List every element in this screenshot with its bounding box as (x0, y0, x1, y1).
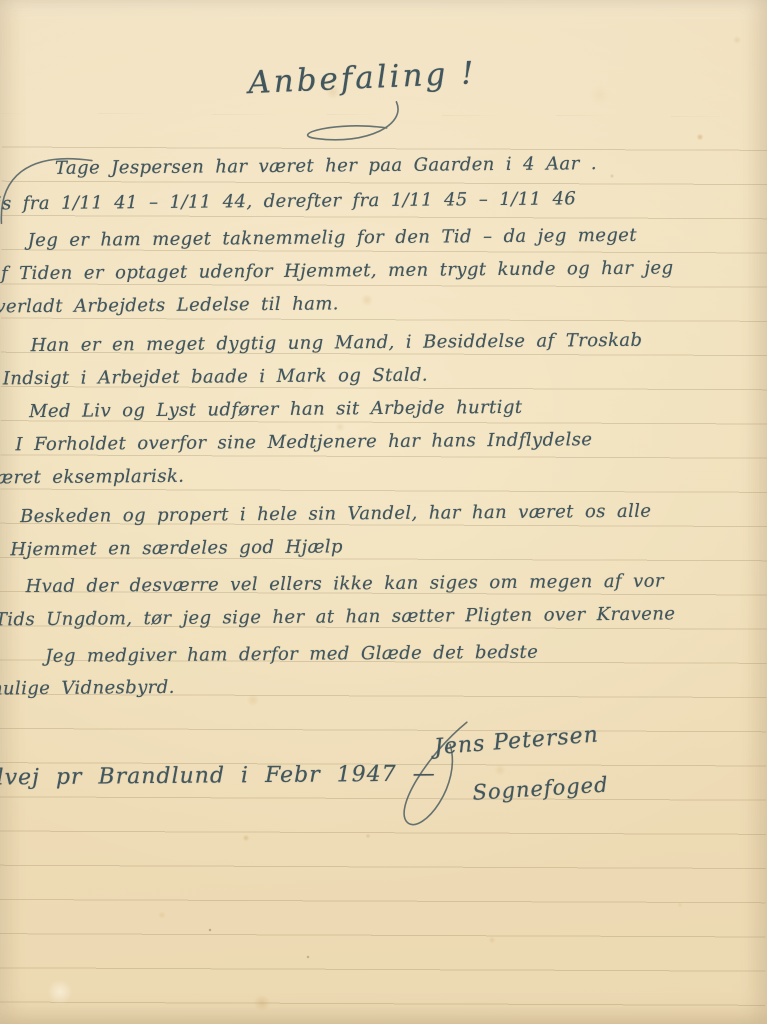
letter-line: Tage Jespersen har været her paa Gaarden… (55, 151, 597, 182)
letter-line: Med Liv og Lyst udfører han sit Arbejde … (29, 395, 523, 425)
letter-line: af Tiden er optaget udenfor Hjemmet, men… (0, 255, 674, 287)
letter-line: været eksemplarisk. (0, 464, 184, 492)
letter-line: vis fra 1/11 41 – 1/11 44, derefter fra … (0, 186, 576, 217)
letter-line: Indsigt i Arbejdet baade i Mark og Stald… (3, 363, 428, 393)
letter-line: Han er en meget dygtig ung Mand, i Besid… (30, 328, 642, 359)
letter-line: mulige Vidnesbyrd. (0, 675, 175, 703)
letter-line: Hjemmet en særdeles god Hjælp (10, 534, 343, 563)
dateline: slvej pr Brandlund i Febr 1947 — (0, 762, 436, 791)
letter-line: Beskeden og propert i hele sin Vandel, h… (20, 499, 652, 531)
letter-content: Anbefaling ! Tage Jespersen har været he… (0, 0, 767, 1024)
title-underline-flourish (246, 99, 456, 151)
letter-line: Jeg medgiver ham derfor med Glæde det be… (45, 640, 538, 670)
letter-line: I Forholdet overfor sine Medtjenere har … (15, 427, 592, 458)
letter-line: Tids Ungdom, tør jeg sige her at han sæt… (0, 601, 675, 633)
signature-name: Jens Petersen (433, 722, 599, 760)
letter-line: Hvad der desværre vel ellers ikke kan si… (26, 569, 664, 601)
letter-title: Anbefaling ! (248, 55, 478, 101)
pen-flourish (0, 132, 128, 233)
signature-title: Sognefoged (472, 773, 609, 805)
letter-line: Jeg er ham meget taknemmelig for den Tid… (28, 223, 638, 254)
letter-line: overladt Arbejdets Ledelse til ham. (0, 291, 339, 320)
letter-page: Anbefaling ! Tage Jespersen har været he… (0, 0, 767, 1024)
